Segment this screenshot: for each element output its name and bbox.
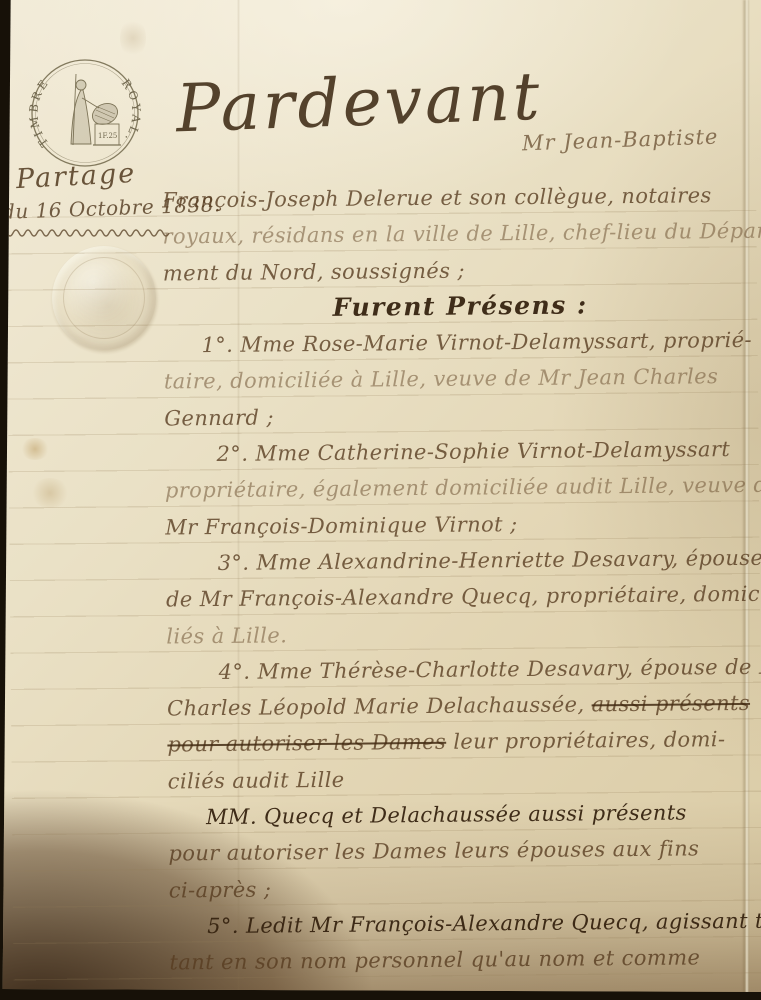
- manuscript-text: MM. Quecq et Delachaussée aussi présents: [206, 801, 687, 830]
- manuscript-text: ci-après ;: [169, 877, 272, 902]
- manuscript-text: Gennard ;: [164, 405, 274, 430]
- manuscript-line: propriétaire, également domiciliée audit…: [165, 467, 759, 509]
- manuscript-text: François-Joseph Delerue et son collègue,…: [162, 183, 712, 212]
- opening-word-suffix: Mr Jean-Baptiste: [522, 125, 719, 156]
- struck-text: pour autoriser les Dames: [167, 730, 446, 757]
- manuscript-text: ciliés audit Lille: [168, 768, 345, 794]
- manuscript-line: ciliés audit Lille: [168, 758, 761, 800]
- manuscript-text: 5°. Ledit Mr François-Alexandre Quecq, a…: [207, 909, 761, 938]
- manuscript-line: ci-après ;: [169, 866, 761, 908]
- manuscript-line: 3°. Mme Alexandrine-Henriette Desavary, …: [165, 540, 759, 582]
- manuscript-line: de Mr François-Alexandre Quecq, propriét…: [166, 576, 760, 618]
- manuscript-line: 4°. Mme Thérèse-Charlotte Desavary, épou…: [167, 649, 761, 691]
- manuscript-text: tant en son nom personnel qu'au nom et c…: [169, 946, 700, 975]
- stamp-value: 1F.25: [98, 132, 117, 140]
- manuscript-text: Charles Léopold Marie Delachaussée,: [167, 693, 592, 721]
- manuscript-line: pour autoriser les Dames leur propriétai…: [167, 721, 761, 763]
- manuscript-text: 4°. Mme Thérèse-Charlotte Desavary, épou…: [219, 654, 761, 683]
- manuscript-text: Mr François-Dominique Virnot ;: [165, 512, 517, 539]
- manuscript-line: Charles Léopold Marie Delachaussée, auss…: [167, 685, 761, 727]
- manuscript-line: Furent Présens :: [163, 286, 757, 328]
- manuscript-line: Gennard ;: [164, 395, 758, 437]
- stamp-arc-text-left: TIMBRE: [26, 75, 52, 150]
- manuscript-line: MM. Quecq et Delachaussée aussi présents: [168, 794, 761, 836]
- manuscript-line: pour autoriser les Dames leurs épouses a…: [168, 830, 761, 872]
- manuscript-text: 2°. Mme Catherine-Sophie Virnot-Delamyss…: [216, 437, 730, 466]
- stamp-arc-text-right: ROYAL.: [119, 76, 144, 146]
- manuscript-line: 5°. Ledit Mr François-Alexandre Quecq, a…: [169, 903, 761, 945]
- opening-word: Pardevant: [175, 58, 544, 148]
- manuscript-text: liés à Lille.: [166, 623, 287, 648]
- manuscript-text: de Mr François-Alexandre Quecq, propriét…: [166, 582, 761, 612]
- manuscript-line: liés à Lille.: [166, 612, 760, 654]
- manuscript-text: taire, domiciliée à Lille, veuve de Mr J…: [164, 365, 719, 394]
- manuscript-line: royaux, résidans en la ville de Lille, c…: [162, 213, 756, 255]
- manuscript-body: François-Joseph Delerue et son collègue,…: [6, 177, 761, 983]
- manuscript-text: 1°. Mme Rose-Marie Virnot-Delamyssart, p…: [201, 328, 752, 357]
- manuscript-line: 2°. Mme Catherine-Sophie Virnot-Delamyss…: [164, 431, 758, 473]
- manuscript-text: royaux, résidans en la ville de Lille, c…: [162, 219, 761, 249]
- manuscript-text: leur propriétaires, domi-: [446, 728, 726, 755]
- manuscript-text: propriétaire, également domiciliée audit…: [165, 473, 761, 503]
- manuscript-line: ment du Nord, soussignés ;: [163, 249, 757, 291]
- manuscript-line: François-Joseph Delerue et son collègue,…: [162, 177, 756, 219]
- manuscript-text: pour autoriser les Dames leurs épouses a…: [168, 837, 699, 866]
- struck-text: aussi présents: [591, 691, 750, 717]
- manuscript-text: ment du Nord, soussignés ;: [163, 258, 465, 285]
- manuscript-page: TIMBRE ROYAL. 1F.25 Partage du 16 Octobr…: [0, 0, 761, 1000]
- manuscript-text: Furent Présens :: [333, 290, 588, 321]
- manuscript-line: tant en son nom personnel qu'au nom et c…: [169, 939, 761, 981]
- manuscript-line: 1°. Mme Rose-Marie Virnot-Delamyssart, p…: [163, 322, 757, 364]
- photo-background: TIMBRE ROYAL. 1F.25 Partage du 16 Octobr…: [0, 0, 761, 1000]
- manuscript-line: taire, domiciliée à Lille, veuve de Mr J…: [164, 358, 758, 400]
- manuscript-line: Mr François-Dominique Virnot ;: [165, 503, 759, 545]
- timbre-royal-stamp: TIMBRE ROYAL. 1F.25: [24, 50, 148, 176]
- manuscript-text: 3°. Mme Alexandrine-Henriette Desavary, …: [218, 546, 761, 575]
